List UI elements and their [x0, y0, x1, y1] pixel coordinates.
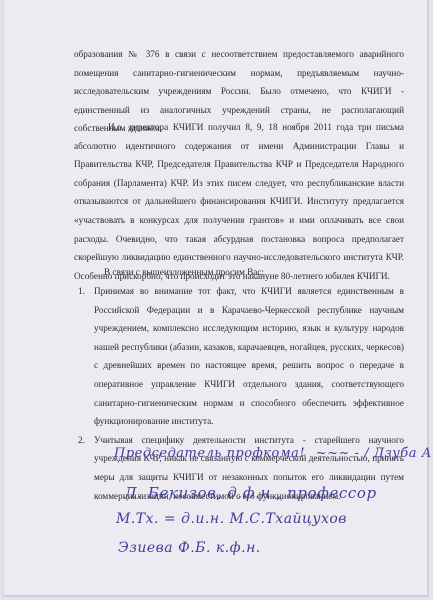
handwritten-line-tkhaitsukhov: М.Тх. = д.и.н. М.С.Тхайцухов: [116, 511, 347, 527]
handwritten-line-union-chair: Председатель профкома! ~~~ - / Дзуба А.Х…: [114, 446, 433, 461]
request-list: 1. Принимая во внимание тот факт, что КЧ…: [74, 282, 404, 505]
handwritten-line-bekizov: Л. Бекизов, д.ф.н., профессор: [124, 484, 377, 502]
handwritten-line-ezieva: Эзиева Ф.Б. к.ф.н.: [118, 540, 261, 556]
signature: ~~~ - / Дзуба А.Х.: [316, 446, 433, 461]
paragraph-2-text: И.о. директора КЧИГИ получил 8, 9, 18 но…: [74, 118, 404, 285]
request-intro: В связи с вышеизложенным просим Вас:: [104, 263, 264, 282]
request-item-1: 1. Принимая во внимание тот факт, что КЧ…: [74, 282, 404, 431]
handwritten-text: Председатель профкома!: [114, 446, 305, 461]
document-page: образования № 376 в связи с несоответств…: [2, 0, 429, 597]
request-number: 1.: [78, 282, 85, 301]
paragraph-2: И.о. директора КЧИГИ получил 8, 9, 18 но…: [74, 118, 404, 285]
request-text: Принимая во внимание тот факт, что КЧИГИ…: [94, 286, 404, 426]
request-number: 2.: [78, 431, 85, 450]
